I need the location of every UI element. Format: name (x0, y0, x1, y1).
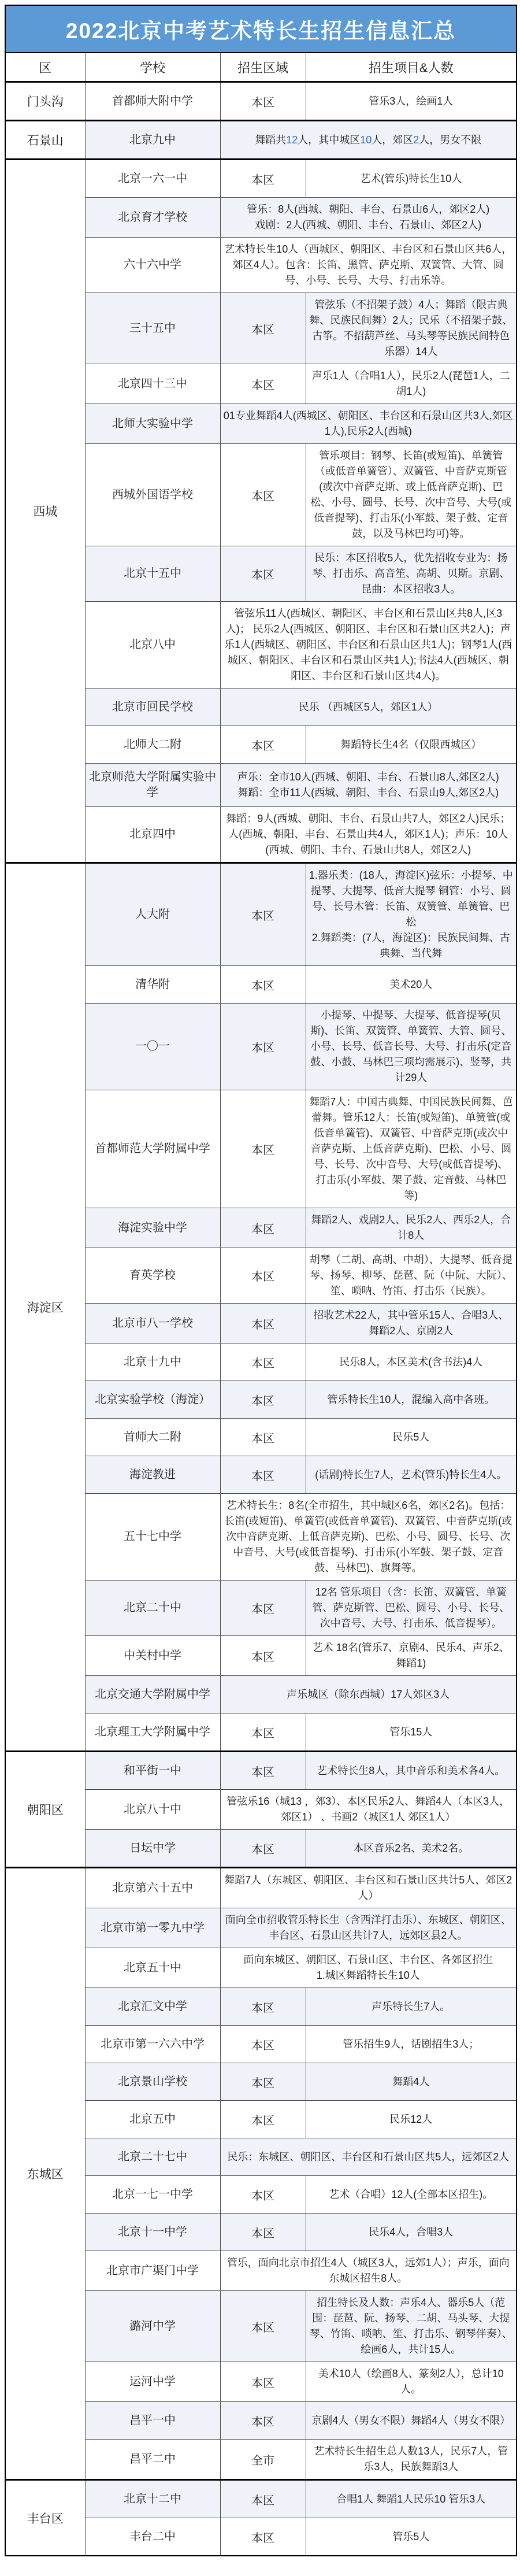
district-cell: 石景山 (5, 121, 85, 160)
detail-cell: 舞蹈7人（东城区、朝阳区、丰台区和石景山区共计5人、郊区2人） (220, 1868, 517, 1908)
detail-cell: 管乐，面向北京市招生4人（城区3人，远郊1人）；声乐，面向东城区招生8人。 (220, 2251, 517, 2291)
area-cell: 本区 (220, 2480, 306, 2518)
area-cell: 本区 (220, 1304, 306, 1343)
page: 2022北京中考艺术特长生招生信息汇总 区 学校 招生区域 招生项目&人数 门头… (0, 0, 520, 2576)
school-cell: 北京十九中 (85, 1343, 220, 1381)
detail-cell: 民乐：本区招收5人，优先招收专业为：扬琴、打击乐、高音笙、高胡、贝斯。京剧、昆曲… (306, 546, 517, 602)
detail-cell: 艺术（合唱）12人(全部本区招生)。 (306, 2176, 517, 2214)
area-cell: 本区 (220, 1752, 306, 1790)
area-cell: 本区 (220, 1090, 306, 1208)
table-row: 东城区北京第六十五中舞蹈7人（东城区、朝阳区、丰台区和石景山区共计5人、郊区2人… (5, 1868, 517, 1908)
detail-cell: 管弦乐（不招架子鼓）4人；舞蹈（限古典舞、民族民间舞）2人；民乐（不招架子鼓、古… (306, 293, 517, 364)
school-cell: 北京市回民学校 (85, 689, 220, 726)
school-cell: 北京五十中 (85, 1948, 220, 1988)
detail-cell: (话剧)特长生7人，艺术(管乐)特长生4人。 (306, 1456, 517, 1494)
detail-cell: 管弦乐16（城13 ，郊3）、本区民乐2人、舞蹈4人（本区3人，郊区1） 、书画… (220, 1790, 517, 1830)
school-cell: 昌平一中 (85, 2402, 220, 2440)
area-cell: 本区 (220, 444, 306, 546)
school-cell: 北京二十七中 (85, 2138, 220, 2176)
area-cell: 本区 (220, 1419, 306, 1456)
detail-cell: 面向东城区、朝阳区、石景山区、丰台区、各郊区招生 1.城区舞蹈特长生10人 (220, 1948, 517, 1988)
school-cell: 北京市广渠门中学 (85, 2251, 220, 2291)
table-row: 门头沟首都师大附中学本区管乐3人，绘画1人 (5, 82, 517, 121)
table-row: 海淀区人大附本区1.器乐类：(18人，海淀区)弦乐：小提琴、中提琴、大提琴、低音… (5, 863, 517, 966)
school-cell: 北京二十中 (85, 1581, 220, 1636)
column-header-school: 学校 (85, 53, 220, 82)
detail-cell: 美术20人 (306, 966, 517, 1004)
detail-cell: 1.器乐类：(18人，海淀区)弦乐：小提琴、中提琴、大提琴、低音大提琴 铜管：小… (306, 863, 517, 966)
area-cell: 本区 (220, 1830, 306, 1868)
admissions-table: 区 学校 招生区域 招生项目&人数 门头沟首都师大附中学本区管乐3人，绘画1人石… (5, 52, 517, 2556)
detail-cell: 艺术特长生：8名(全市招生，其中城区6名，郊区2名)。包括：长笛(或短笛)、单簧… (220, 1494, 517, 1581)
detail-cell: 小提琴、中提琴、大提琴、低音提琴(贝斯)、长笛、双簧管、单簧管、大管、圆号、小号… (306, 1004, 517, 1090)
school-cell: 北京十五中 (85, 546, 220, 602)
school-cell: 北京师范大学附属实验中学 (85, 764, 220, 807)
school-cell: 西城外国语学校 (85, 444, 220, 546)
school-cell: 一〇一 (85, 1004, 220, 1090)
detail-cell: 民乐：东城区、朝阳区、丰台区和石景山区共5人，远郊区2人 (220, 2138, 517, 2176)
table-row: 石景山北京九中舞蹈共12人，其中城区10人，郊区2人，男女不限 (5, 121, 517, 160)
area-cell: 本区 (220, 1456, 306, 1494)
school-cell: 北京一七一中学 (85, 2176, 220, 2214)
table-body: 门头沟首都师大附中学本区管乐3人，绘画1人石景山北京九中舞蹈共12人，其中城区1… (5, 82, 517, 2556)
area-cell: 本区 (220, 1581, 306, 1636)
school-cell: 北京市第一六六中学 (85, 2026, 220, 2063)
area-cell: 本区 (220, 1381, 306, 1419)
school-cell: 六十六中学 (85, 238, 220, 293)
school-cell: 北京十二中 (85, 2480, 220, 2518)
detail-cell: 艺术(管乐)特长生10人 (306, 160, 517, 198)
school-cell: 海淀教进 (85, 1456, 220, 1494)
school-cell: 清华附 (85, 966, 220, 1004)
school-cell: 北京市八一学校 (85, 1304, 220, 1343)
area-cell: 本区 (220, 364, 306, 404)
area-cell: 本区 (220, 2214, 306, 2251)
area-cell: 本区 (220, 1004, 306, 1090)
detail-cell: 民乐4人，合唱3人 (306, 2214, 517, 2251)
area-cell: 全市 (220, 2440, 306, 2480)
school-cell: 北京九中 (85, 121, 220, 160)
school-cell: 北京八中 (85, 602, 220, 689)
detail-cell: 管乐15人 (306, 1713, 517, 1752)
school-cell: 北京八十中 (85, 1790, 220, 1830)
school-cell: 北京一六一中 (85, 160, 220, 198)
school-cell: 北京育才学校 (85, 198, 220, 238)
area-cell: 本区 (220, 1343, 306, 1381)
area-cell: 本区 (220, 2176, 306, 2214)
area-cell: 本区 (220, 160, 306, 198)
school-cell: 北京市第一零九中学 (85, 1908, 220, 1948)
column-header-district: 区 (5, 53, 85, 82)
area-cell: 本区 (220, 1248, 306, 1304)
school-cell: 人大附 (85, 863, 220, 966)
detail-cell: 舞蹈2人、戏剧2人、民乐2人、西乐2人，合计8人 (306, 1208, 517, 1248)
detail-cell: 12名 管乐项目（含：长笛、双簧管、单簧管、萨克斯管、巴松、圆号、小号、长号、次… (306, 1581, 517, 1636)
table-row: 西城北京一六一中本区艺术(管乐)特长生10人 (5, 160, 517, 198)
detail-cell: 民乐12人 (306, 2101, 517, 2138)
school-cell: 丰台二中 (85, 2518, 220, 2556)
area-cell: 本区 (220, 966, 306, 1004)
school-cell: 潞河中学 (85, 2291, 220, 2362)
detail-cell: 艺术特长生10人（西城区、朝阳区、丰台区和石景山区共6人，郊区4人）。包含：长笛… (220, 238, 517, 293)
detail-cell: 舞蹈4人 (306, 2063, 517, 2101)
area-cell: 本区 (220, 2402, 306, 2440)
table-row: 朝阳区和平街一中本区艺术特长生8人，其中音乐和美术各4人。 (5, 1752, 517, 1790)
detail-cell: 美术10人（绘画8人、篆刻2人），总计10人。 (306, 2362, 517, 2402)
detail-cell: 民乐5人 (306, 1419, 517, 1456)
area-cell: 本区 (220, 293, 306, 364)
school-cell: 昌平二中 (85, 2440, 220, 2480)
detail-cell: 舞蹈7人：中国古典舞、中国民族民间舞、芭蕾舞。管乐12人：长笛(或短笛)、单簧管… (306, 1090, 517, 1208)
area-cell: 本区 (220, 2518, 306, 2556)
school-cell: 北京交通大学附属中学 (85, 1676, 220, 1713)
school-cell: 北京景山学校 (85, 2063, 220, 2101)
school-cell: 北京第六十五中 (85, 1868, 220, 1908)
area-cell: 本区 (220, 1636, 306, 1676)
detail-cell: 本区音乐2名、美术2名。 (306, 1830, 517, 1868)
detail-cell: 01专业舞蹈4人(西城区、朝阳区、丰台区和石景山区共3人,郊区1人),民乐2人(… (220, 404, 517, 444)
header-row: 区 学校 招生区域 招生项目&人数 (5, 53, 517, 82)
detail-cell: 舞蹈：9人(西城、朝阳、丰台、石景山共7人，郊区2人)民乐；人(西城、朝阳、丰台… (220, 807, 517, 863)
school-cell: 和平街一中 (85, 1752, 220, 1790)
area-cell: 本区 (220, 546, 306, 602)
district-cell: 东城区 (5, 1868, 85, 2480)
district-cell: 门头沟 (5, 82, 85, 121)
detail-cell: 民乐 （西城区5人，郊区1人） (220, 689, 517, 726)
school-cell: 北京五中 (85, 2101, 220, 2138)
school-cell: 海淀实验中学 (85, 1208, 220, 1248)
detail-cell: 舞蹈特长生4名（仅限西城区） (306, 726, 517, 764)
detail-cell: 艺术特长生招生总人数13人，民乐7人，管乐3人，民族舞蹈3人 (306, 2440, 517, 2480)
area-cell: 本区 (220, 82, 306, 121)
school-cell: 首师大二附 (85, 1419, 220, 1456)
school-cell: 首都师大附中学 (85, 82, 220, 121)
area-cell: 本区 (220, 2291, 306, 2362)
school-cell: 北京汇文中学 (85, 1988, 220, 2026)
area-cell: 本区 (220, 1988, 306, 2026)
detail-cell: 管乐特长生10人，混编入高中各班。 (306, 1381, 517, 1419)
school-cell: 中关村中学 (85, 1636, 220, 1676)
detail-cell: 面向全市招收管乐特长生（含西洋打击乐）、东城区、朝阳区、丰台区、石景山区共计7人… (220, 1908, 517, 1948)
district-cell: 丰台区 (5, 2480, 85, 2556)
detail-cell: 招收艺术22人，其中管乐15人、合唱3人、舞蹈2人、京剧2人 (306, 1304, 517, 1343)
detail-cell: 胡琴（二胡、高胡、中胡）、大提琴、低音提琴、扬琴、柳琴、琵琶、阮（中阮、大阮）、… (306, 1248, 517, 1304)
district-cell: 西城 (5, 160, 85, 863)
school-cell: 育英学校 (85, 1248, 220, 1304)
detail-cell: 管弦乐11人(西城区、朝阳区、丰台区和石景山区共8人,区3人)； 民乐2人(西城… (220, 602, 517, 689)
detail-cell: 合唱1人 舞蹈1人民乐10 管乐3人 (306, 2480, 517, 2518)
district-cell: 海淀区 (5, 863, 85, 1752)
school-cell: 北师大实验中学 (85, 404, 220, 444)
table-header: 区 学校 招生区域 招生项目&人数 (5, 53, 517, 82)
detail-cell: 民乐8人，本区美术(含书法)4人 (306, 1343, 517, 1381)
table-row: 丰台区北京十二中本区合唱1人 舞蹈1人民乐10 管乐3人 (5, 2480, 517, 2518)
school-cell: 北师大二附 (85, 726, 220, 764)
detail-cell: 艺术 18名(管乐7、京剧4、民乐4、声乐2、舞蹈1) (306, 1636, 517, 1676)
detail-cell: 声乐：全市10人(西城、朝阳、丰台、石景山8人,郊区2人) 舞蹈：全市11人(西… (220, 764, 517, 807)
school-cell: 首都师范大学附属中学 (85, 1090, 220, 1208)
detail-cell: 声乐城区（除东西城）17人郊区3人 (220, 1676, 517, 1713)
school-cell: 北京实验学校（海淀） (85, 1381, 220, 1419)
detail-cell: 艺术特长生8人，其中音乐和美术各4人。 (306, 1752, 517, 1790)
area-cell: 本区 (220, 726, 306, 764)
detail-cell: 管乐项目：钢琴、长笛(或短笛)、单簧管（或低音单簧管）、双簧管、中音萨克斯管(或… (306, 444, 517, 546)
column-header-projects: 招生项目&人数 (306, 53, 517, 82)
page-title: 2022北京中考艺术特长生招生信息汇总 (5, 5, 517, 53)
area-cell: 本区 (220, 1208, 306, 1248)
area-cell: 本区 (220, 2063, 306, 2101)
detail-cell: 管乐招生9人，话剧招生3人； (306, 2026, 517, 2063)
district-cell: 朝阳区 (5, 1752, 85, 1868)
school-cell: 运河中学 (85, 2362, 220, 2402)
detail-cell: 管乐3人，绘画1人 (306, 82, 517, 121)
school-cell: 日坛中学 (85, 1830, 220, 1868)
area-cell: 本区 (220, 1713, 306, 1752)
school-cell: 三十五中 (85, 293, 220, 364)
area-cell: 本区 (220, 863, 306, 966)
detail-cell: 声乐特长生7人。 (306, 1988, 517, 2026)
school-cell: 五十七中学 (85, 1494, 220, 1581)
area-cell: 本区 (220, 2026, 306, 2063)
school-cell: 北京四中 (85, 807, 220, 863)
detail-cell: 京剧4人（男女不限）舞蹈4人（男女不限） (306, 2402, 517, 2440)
column-header-area: 招生区域 (220, 53, 306, 82)
detail-cell: 舞蹈共12人，其中城区10人，郊区2人，男女不限 (220, 121, 517, 160)
school-cell: 北京理工大学附属中学 (85, 1713, 220, 1752)
detail-cell: 招生特长及人数：声乐4人、器乐5人（范围：琵琶、阮、扬琴、二胡、马头琴、大提琴、… (306, 2291, 517, 2362)
school-cell: 北京十一中学 (85, 2214, 220, 2251)
detail-cell: 管乐5人 (306, 2518, 517, 2556)
school-cell: 北京四十三中 (85, 364, 220, 404)
detail-cell: 声乐1人（合唱1人），民乐2人(琵琶1人，二胡1人) (306, 364, 517, 404)
area-cell: 本区 (220, 2101, 306, 2138)
detail-cell: 管乐：8人(西城、朝阳、丰台、石景山6人，郊区2人) 戏剧：2人(西城、朝阳、丰… (220, 198, 517, 238)
area-cell: 本区 (220, 2362, 306, 2402)
